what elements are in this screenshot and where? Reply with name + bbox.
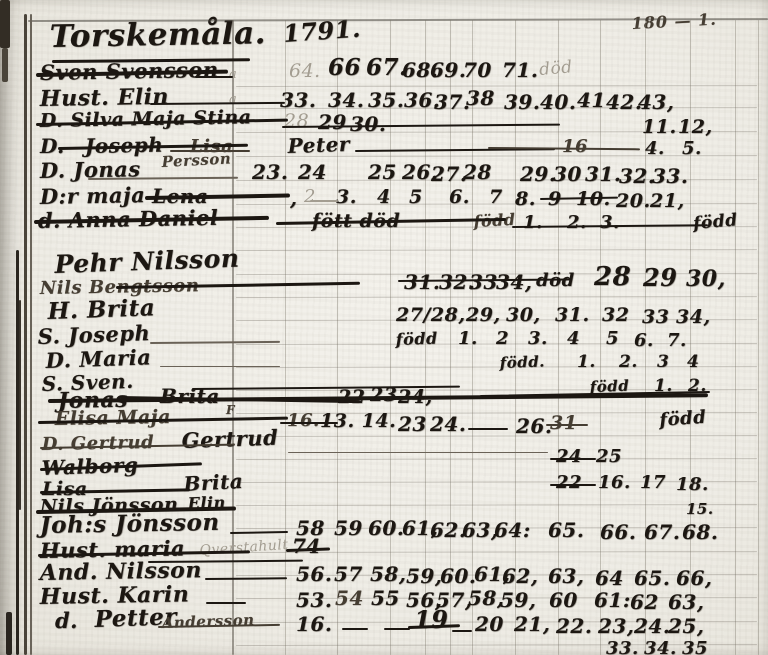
handwritten-number: 16.: [296, 614, 332, 634]
ink-stroke: [342, 628, 368, 630]
handwritten-number: 30.: [350, 114, 386, 134]
handwritten-number: 33.: [280, 90, 316, 110]
handwritten-number: 65.: [548, 520, 584, 540]
handwritten-number: 23: [398, 414, 427, 434]
ledger-ruling-line: [236, 644, 757, 646]
handwritten-number: 66: [328, 56, 361, 79]
handwritten-number: 27/28,: [396, 306, 465, 325]
handwritten-number: 30,: [506, 306, 541, 325]
handwritten-name: d.: [55, 610, 78, 631]
handwritten-number: 11.: [642, 118, 677, 137]
handwritten-number: 64: [595, 568, 624, 588]
ink-stroke: [384, 628, 410, 630]
handwritten-number: 1.: [458, 330, 478, 348]
handwritten-word: död: [539, 59, 574, 79]
ledger-ruling-line: [236, 458, 757, 460]
handwritten-word: född: [395, 331, 437, 348]
handwritten-number: 19: [414, 608, 448, 632]
handwritten-number: 57: [334, 564, 363, 584]
handwritten-name: Gertrud: [181, 427, 278, 451]
ink-stroke: [170, 150, 250, 152]
handwritten-number: 67.: [644, 522, 680, 542]
handwritten-number: 33: [469, 272, 498, 292]
handwritten-number: 42.: [606, 92, 642, 112]
handwritten-number: 16.: [598, 474, 631, 492]
handwritten-number: 17: [640, 474, 666, 492]
handwritten-number: 7.: [667, 332, 687, 350]
ink-stroke: [550, 484, 596, 486]
handwritten-number: 26.: [516, 416, 552, 436]
handwritten-number: 21,: [650, 192, 685, 211]
handwritten-number: 3.: [336, 188, 357, 207]
handwritten-number: 65.: [634, 568, 670, 588]
ledger-ruling-line: [236, 504, 757, 506]
handwritten-number: 1.: [577, 354, 596, 371]
handwritten-number: 62,: [502, 566, 538, 586]
handwritten-number: 60.: [440, 566, 476, 586]
handwritten-number: 63,: [462, 520, 498, 540]
handwritten-number: 29: [643, 266, 677, 290]
handwritten-number: 23,: [598, 616, 634, 636]
ink-stroke: [310, 200, 338, 202]
ink-stroke: [195, 76, 233, 78]
handwritten-number: 10.: [576, 190, 611, 209]
handwritten-number: 24.: [634, 616, 670, 636]
handwritten-number: 34,: [676, 308, 711, 327]
handwritten-number: 30: [553, 164, 582, 184]
handwritten-number: 62.: [430, 520, 466, 540]
pencil-mark: a: [229, 68, 237, 81]
ink-stroke: [206, 602, 246, 604]
handwritten-number: 34,: [496, 272, 532, 292]
handwritten-number: 21,: [514, 614, 550, 634]
handwritten-number: 63,: [548, 566, 584, 586]
ledger-ruling-line: [236, 296, 757, 298]
handwritten-number: 74: [292, 536, 321, 556]
handwritten-number: 39.: [504, 92, 540, 112]
handwritten-word: född: [659, 409, 707, 430]
handwritten-number: 38: [466, 88, 495, 108]
handwritten-number: 58,: [468, 588, 504, 608]
handwritten-number: 6.: [449, 188, 470, 207]
handwritten-number: 23.: [252, 162, 288, 182]
handwritten-number: 32.: [619, 166, 655, 186]
handwritten-number: 18.: [676, 476, 709, 494]
grid-column-line: [515, 20, 516, 655]
handwritten-number: 59: [334, 518, 363, 538]
handwritten-name: And. Nilsson: [40, 559, 202, 584]
ledger-ruling-line: [236, 366, 757, 368]
handwritten-number: 4: [567, 330, 580, 348]
handwritten-name: Joh:s Jönsson: [40, 511, 220, 537]
grid-column-line: [735, 20, 736, 655]
handwritten-number: 3: [657, 354, 669, 371]
handwritten-number: 28: [594, 264, 631, 290]
page-edge-artifact: [2, 48, 8, 82]
handwritten-number: 25: [368, 162, 397, 182]
ink-stroke: [160, 366, 280, 367]
handwritten-number: 31.: [555, 306, 590, 325]
handwritten-number: 32: [602, 306, 629, 325]
handwritten-number: 33: [642, 308, 669, 327]
handwritten-number: 70: [463, 60, 492, 80]
handwritten-mark: ,: [290, 188, 297, 208]
handwritten-number: 66,: [676, 568, 712, 588]
handwritten-number: 1.: [523, 214, 543, 232]
handwritten-number: 28: [284, 112, 309, 131]
handwritten-number: 4: [687, 354, 699, 371]
handwritten-number: 22: [556, 474, 582, 492]
handwritten-number: 24: [556, 448, 582, 466]
handwritten-name: D:r maja: [40, 184, 146, 207]
handwritten-number: 3.: [528, 330, 548, 348]
handwritten-number: 54: [335, 588, 364, 608]
handwritten-number: 4: [377, 188, 391, 207]
handwritten-name: H. Brita: [47, 296, 155, 323]
handwritten-number: 3.: [600, 214, 620, 232]
handwritten-number: 33.: [652, 166, 688, 186]
grid-column-line: [390, 20, 391, 655]
handwritten-word: född.: [499, 354, 545, 371]
ledger-ruling-line: [236, 85, 757, 87]
grid-column-line: [450, 20, 451, 655]
page-edge-artifact: [6, 612, 12, 655]
handwritten-number: 2.: [619, 354, 638, 371]
handwritten-number: 29: [318, 112, 347, 132]
handwritten-number: 59,: [406, 566, 442, 586]
ink-stroke: [452, 630, 472, 632]
handwritten-number: 4.: [645, 140, 665, 158]
handwritten-number: 25,: [668, 616, 704, 636]
handwritten-number: 41: [577, 90, 606, 110]
handwritten-number: 2: [304, 188, 316, 206]
handwritten-number: 71.: [502, 60, 538, 80]
handwritten-number: 40.: [540, 92, 576, 112]
handwritten-number: 60: [549, 590, 578, 610]
ink-stroke: [148, 560, 303, 563]
ink-stroke: [205, 577, 287, 580]
handwritten-number: 56.: [296, 564, 332, 584]
handwritten-number: 25: [596, 448, 622, 466]
handwritten-number: 12,: [678, 118, 713, 137]
ledger-ruling-line: [236, 435, 757, 437]
handwritten-number: 27.: [431, 164, 467, 184]
handwritten-number: 7: [489, 188, 503, 207]
handwritten-number: 5.: [682, 140, 702, 158]
handwritten-number: 29,: [466, 306, 501, 325]
ink-stroke: [550, 458, 596, 460]
ink-stroke: [150, 102, 285, 105]
handwritten-number: 37.: [434, 92, 470, 112]
handwritten-number: 29.: [520, 164, 556, 184]
handwritten-number: 2: [496, 330, 509, 348]
ink-stroke: [288, 452, 548, 453]
handwritten-number: 34.: [328, 90, 364, 110]
handwritten-number: 35.: [368, 90, 404, 110]
page-edge-artifact: [24, 14, 27, 655]
handwritten-number: 53.: [296, 590, 332, 610]
handwritten-number: 16.: [287, 412, 320, 430]
handwritten-number: 31.: [585, 164, 621, 184]
handwritten-name: Persson: [161, 151, 231, 170]
ink-stroke: [88, 177, 238, 180]
page-edge-artifact: [30, 14, 32, 655]
handwritten-number: 61:: [594, 590, 631, 610]
handwritten-number: 6.: [634, 332, 654, 350]
handwritten-number: 64.: [289, 62, 321, 81]
handwritten-number: 33.: [606, 640, 639, 655]
handwritten-number: 66.: [600, 522, 636, 542]
handwritten-number: 35: [682, 640, 708, 655]
handwritten-number: 59,: [500, 590, 536, 610]
handwritten-number: 34.: [644, 640, 677, 655]
handwritten-number: 68.: [682, 522, 718, 542]
grid-column-line: [558, 20, 559, 655]
handwritten-number: 69.: [430, 60, 466, 80]
handwritten-name: Brita: [183, 471, 244, 494]
handwritten-number: 55: [371, 588, 400, 608]
handwritten-mark: F: [226, 404, 235, 416]
handwritten-number: 20.: [616, 192, 651, 211]
handwritten-number: 5: [606, 330, 619, 348]
handwritten-number: 24: [298, 162, 327, 182]
handwritten-number: 64:: [494, 520, 531, 540]
handwritten-number: 43,: [638, 92, 674, 112]
handwritten-number: 30,: [686, 268, 726, 290]
handwritten-word: död: [536, 272, 575, 290]
handwritten-number: 15.: [686, 502, 714, 517]
ledger-ruling-line: [236, 249, 757, 251]
handwritten-number: 28: [463, 162, 492, 182]
handwritten-number: 22.: [556, 616, 592, 636]
handwritten-name: Pehr Nilsson: [54, 246, 240, 277]
page-edge-artifact: [0, 0, 10, 48]
handwritten-number: 62: [630, 592, 659, 612]
handwritten-number: 58,: [370, 564, 406, 584]
handwritten-name: Hust. Elin: [40, 86, 170, 110]
handwritten-number: 63,: [668, 592, 704, 612]
grid-column-line: [758, 20, 759, 655]
grid-column-line: [600, 20, 601, 655]
page-title: Torskemåla.: [49, 18, 266, 53]
handwritten-number: 5: [409, 188, 423, 207]
handwritten-name: D. Maria: [45, 346, 151, 371]
handwritten-word: född: [693, 212, 739, 233]
handwritten-word: Qverstahult: [199, 538, 289, 558]
handwritten-number: 8.: [515, 190, 536, 209]
ink-stroke: [468, 428, 508, 430]
handwritten-number: 2.: [567, 214, 587, 232]
handwritten-number: 24.: [430, 414, 466, 434]
handwritten-name: D. Gertrud: [42, 434, 155, 454]
handwritten-word: Peter: [287, 134, 350, 156]
handwritten-name: Andersson: [161, 613, 254, 631]
handwritten-number: 31.: [404, 272, 440, 292]
handwritten-number: 60.: [368, 518, 404, 538]
page-edge-artifact: [19, 300, 21, 510]
ink-stroke: [546, 424, 588, 426]
handwritten-number: 20: [475, 614, 504, 634]
scanned-ledger-page: Torskemåla. 1791. 180 — 1. Sven Svensson…: [0, 0, 768, 655]
handwritten-name: S. Joseph: [37, 322, 150, 347]
ink-stroke: [230, 531, 288, 534]
ink-stroke: [280, 422, 338, 424]
